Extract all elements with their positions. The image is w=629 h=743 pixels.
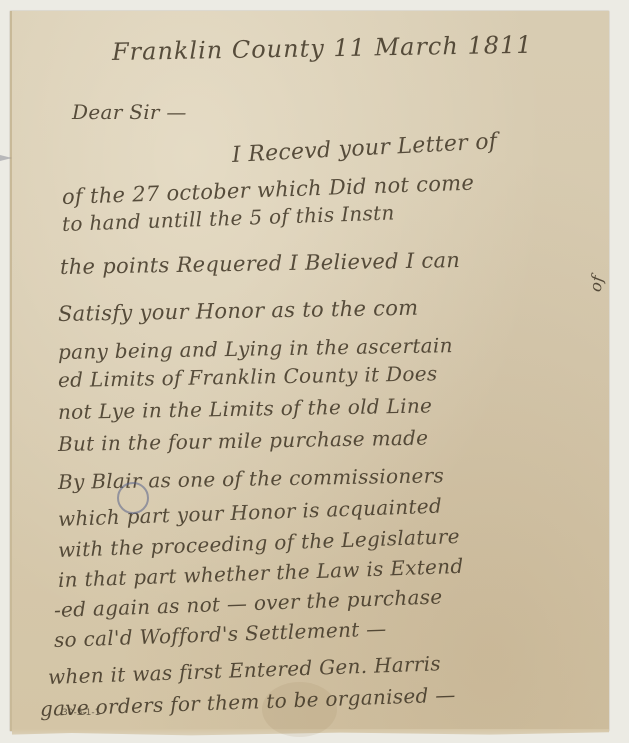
archive-stamp [117,482,149,514]
margin-note: of [586,274,608,293]
archive-number: 30-5-1-1 [62,708,100,718]
letter-salutation: Dear Sir — [72,100,187,124]
